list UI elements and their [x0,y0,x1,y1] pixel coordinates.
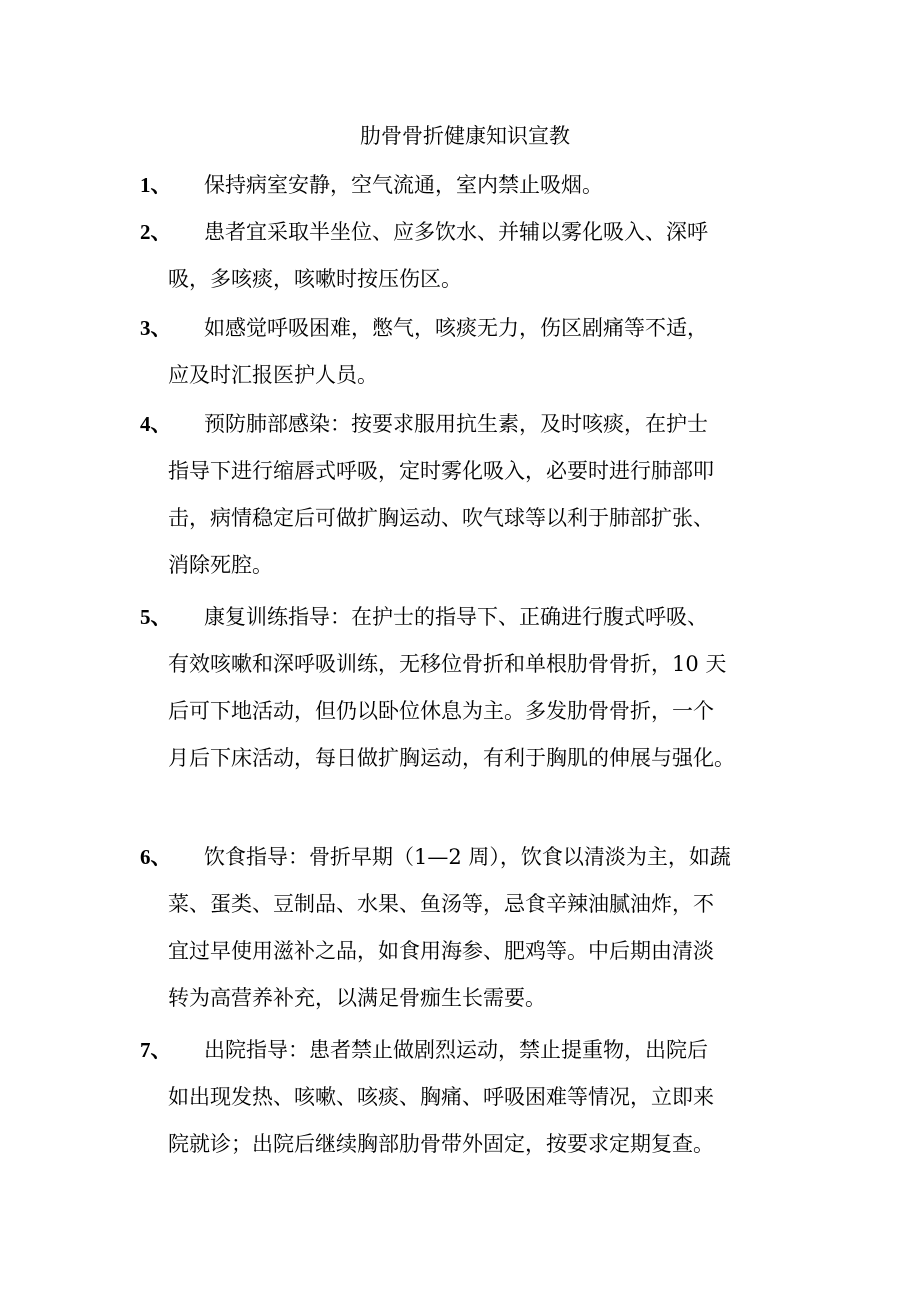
list-item-5: 5、康复训练指导：在护士的指导下、正确进行腹式呼吸、 有效咳嗽和深呼吸训练，无移… [140,594,800,782]
list-item-1: 1、保持病室安静，空气流通，室内禁止吸烟。 [140,162,800,209]
list-item-6: 6、饮食指导：骨折早期（1—2 周），饮食以清淡为主，如蔬 菜、蛋类、豆制品、水… [140,834,800,1022]
item-text-continuation: 吸，多咳痰，咳嗽时按压伤区。 [140,256,800,303]
document-title: 肋骨骨折健康知识宣教 [0,120,920,150]
item-text-continuation: 如出现发热、咳嗽、咳痰、胸痛、呼吸困难等情况，立即来 [140,1074,800,1121]
item-number: 4、 [140,401,204,448]
item-text-continuation: 有效咳嗽和深呼吸训练，无移位骨折和单根肋骨骨折，10 天 [140,641,800,688]
item-number: 6、 [140,834,204,881]
item-text: 出院指导：患者禁止做剧烈运动，禁止提重物，出院后 [204,1038,708,1062]
list-item-7: 7、出院指导：患者禁止做剧烈运动，禁止提重物，出院后 如出现发热、咳嗽、咳痰、胸… [140,1027,800,1168]
item-text-continuation: 应及时汇报医护人员。 [140,352,800,399]
item-text-continuation: 菜、蛋类、豆制品、水果、鱼汤等，忌食辛辣油腻油炸，不 [140,881,800,928]
item-text-continuation: 宜过早使用滋补之品，如食用海参、肥鸡等。中后期由清淡 [140,928,800,975]
item-number: 3、 [140,305,204,352]
item-text-continuation: 消除死腔。 [140,542,800,589]
item-text: 保持病室安静，空气流通，室内禁止吸烟。 [204,173,603,197]
item-text: 预防肺部感染：按要求服用抗生素，及时咳痰，在护士 [204,412,708,436]
list-item-4: 4、预防肺部感染：按要求服用抗生素，及时咳痰，在护士 指导下进行缩唇式呼吸，定时… [140,401,800,589]
item-text: 饮食指导：骨折早期（1—2 周），饮食以清淡为主，如蔬 [204,845,731,869]
item-text-continuation: 后可下地活动，但仍以卧位休息为主。多发肋骨骨折，一个 [140,688,800,735]
item-number: 1、 [140,162,204,209]
item-text-continuation: 月后下床活动，每日做扩胸运动，有利于胸肌的伸展与强化。 [140,735,800,782]
item-text-continuation: 院就诊；出院后继续胸部肋骨带外固定，按要求定期复查。 [140,1121,800,1168]
item-text-continuation: 指导下进行缩唇式呼吸，定时雾化吸入，必要时进行肺部叩 [140,448,800,495]
item-text-continuation: 击，病情稳定后可做扩胸运动、吹气球等以利于肺部扩张、 [140,495,800,542]
item-text-continuation: 转为高营养补充，以满足骨痂生长需要。 [140,975,800,1022]
item-number: 7、 [140,1027,204,1074]
item-text: 康复训练指导：在护士的指导下、正确进行腹式呼吸、 [204,605,708,629]
item-number: 5、 [140,594,204,641]
item-text: 患者宜采取半坐位、应多饮水、并辅以雾化吸入、深呼 [204,220,708,244]
item-text: 如感觉呼吸困难，憋气，咳痰无力，伤区剧痛等不适， [204,316,708,340]
list-item-2: 2、患者宜采取半坐位、应多饮水、并辅以雾化吸入、深呼 吸，多咳痰，咳嗽时按压伤区… [140,209,800,303]
list-item-3: 3、如感觉呼吸困难，憋气，咳痰无力，伤区剧痛等不适， 应及时汇报医护人员。 [140,305,800,399]
item-number: 2、 [140,209,204,256]
